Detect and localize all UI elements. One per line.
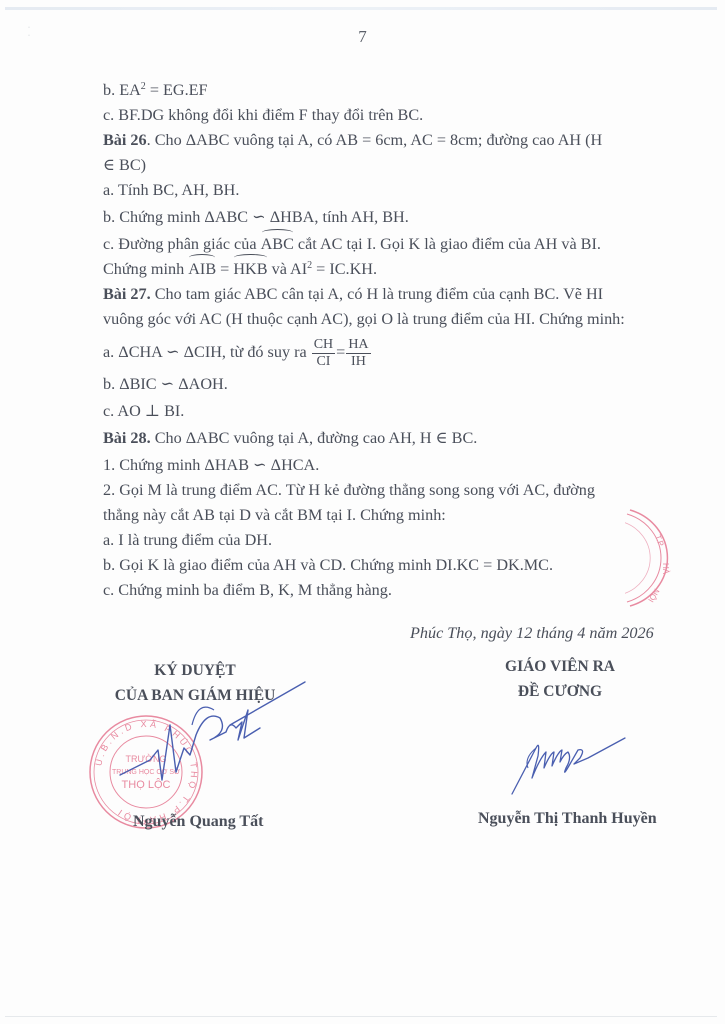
teacher-title: GIÁO VIÊN RA ĐỀ CƯƠNG	[465, 654, 655, 704]
angle-abc: ABC	[261, 232, 294, 257]
frac2-numerator: HA	[346, 337, 370, 354]
bai26-c2-post: = IC.KH.	[312, 260, 377, 278]
bai26-c2-mid: và AI	[268, 260, 308, 278]
bai26-item-c-cont: Chứng minh AIB = HKB và AI2 = IC.KH.	[103, 257, 673, 282]
bai26-c-post: cắt AC tại I. Gọi K là giao điểm của AH …	[294, 235, 601, 253]
bai27-heading: Bài 27. Cho tam giác ABC cân tại A, có H…	[103, 282, 673, 307]
teacher-title-line2: ĐỀ CƯƠNG	[465, 679, 655, 704]
bai28-text: Cho ΔABC vuông tại A, đường cao AH, H ∈ …	[151, 429, 478, 447]
bai28-item-b: b. Gọi K là giao điểm của AH và CD. Chứn…	[103, 553, 673, 578]
bai28-item-1: 1. Chứng minh ΔHAB ∽ ΔHCA.	[103, 453, 673, 478]
bai28-item-2-cont: thẳng này cắt AB tại D và cắt BM tại I. …	[103, 503, 673, 528]
place-date: Phúc Thọ, ngày 12 tháng 4 năm 2026	[410, 624, 654, 643]
prev-b-suffix: = EG.EF	[146, 81, 208, 99]
prev-item-b: b. EA2 = EG.EF	[103, 78, 673, 103]
bai27-a-pre: a. ΔCHA ∽ ΔCIH, từ đó suy ra	[103, 343, 311, 361]
bai26-item-b: b. Chứng minh ΔABC ∽ ΔHBA, tính AH, BH.	[103, 205, 673, 230]
bai26-text-cont: ∈ BC)	[103, 153, 673, 178]
angle-aib: AIB	[188, 257, 216, 282]
bai28-item-a: a. I là trung điểm của DH.	[103, 528, 673, 553]
bai28-item-2: 2. Gọi M là trung điểm AC. Từ H kẻ đường…	[103, 478, 673, 503]
fraction-ha-ih: HAIH	[346, 337, 370, 370]
bai26-label: Bài 26	[103, 131, 147, 149]
scan-bottom-edge	[5, 1016, 717, 1017]
bai26-text: . Cho ΔABC vuông tại A, có AB = 6cm, AC …	[147, 131, 603, 149]
teacher-title-line1: GIÁO VIÊN RA	[465, 654, 655, 679]
bai26-item-a: a. Tính BC, AH, BH.	[103, 178, 673, 203]
fraction-equals: =	[336, 343, 345, 361]
bai27-item-c: c. AO ⊥ BI.	[103, 399, 673, 424]
teacher-signature	[510, 728, 630, 798]
bai26-c2-pre: Chứng minh	[103, 260, 188, 278]
bai28-label: Bài 28.	[103, 429, 151, 447]
page-number: 7	[0, 27, 725, 47]
stamp-right-partial: T.P HÀ NỘI	[625, 508, 695, 608]
bai26-c-pre: c. Đường phân giác của	[103, 235, 261, 253]
prev-item-c: c. BF.DG không đổi khi điểm F thay đổi t…	[103, 103, 673, 128]
frac1-denominator: CI	[312, 354, 335, 370]
bai27-label: Bài 27.	[103, 285, 151, 303]
document-body: b. EA2 = EG.EF c. BF.DG không đổi khi đi…	[103, 78, 673, 603]
frac1-numerator: CH	[312, 337, 335, 354]
bai27-item-a: a. ΔCHA ∽ ΔCIH, từ đó suy ra CHCI=HAIH	[103, 334, 673, 370]
bai26-heading: Bài 26. Cho ΔABC vuông tại A, có AB = 6c…	[103, 128, 673, 153]
bai27-text: Cho tam giác ABC cân tại A, có H là trun…	[151, 285, 603, 303]
bai26-c2-eq: =	[216, 260, 233, 278]
angle-hkb: HKB	[233, 257, 267, 282]
bai27-item-b: b. ΔBIC ∽ ΔAOH.	[103, 372, 673, 397]
principal-name: Nguyễn Quang Tất	[133, 813, 263, 831]
bai28-heading: Bài 28. Cho ΔABC vuông tại A, đường cao …	[103, 426, 673, 451]
bai27-text-cont: vuông góc với AC (H thuộc cạnh AC), gọi …	[103, 307, 673, 332]
bai26-item-c: c. Đường phân giác của ABC cắt AC tại I.…	[103, 232, 673, 257]
svg-text:HÀ: HÀ	[661, 563, 670, 575]
bai28-item-c: c. Chứng minh ba điểm B, K, M thẳng hàng…	[103, 578, 673, 603]
frac2-denominator: IH	[346, 354, 370, 370]
fraction-ch-ci: CHCI	[312, 337, 335, 370]
svg-text:T.P: T.P	[653, 534, 665, 548]
prev-b-prefix: b. EA	[103, 81, 141, 99]
principal-signature	[110, 680, 310, 800]
scan-top-edge	[5, 7, 717, 10]
teacher-name: Nguyễn Thị Thanh Huyền	[478, 810, 657, 828]
